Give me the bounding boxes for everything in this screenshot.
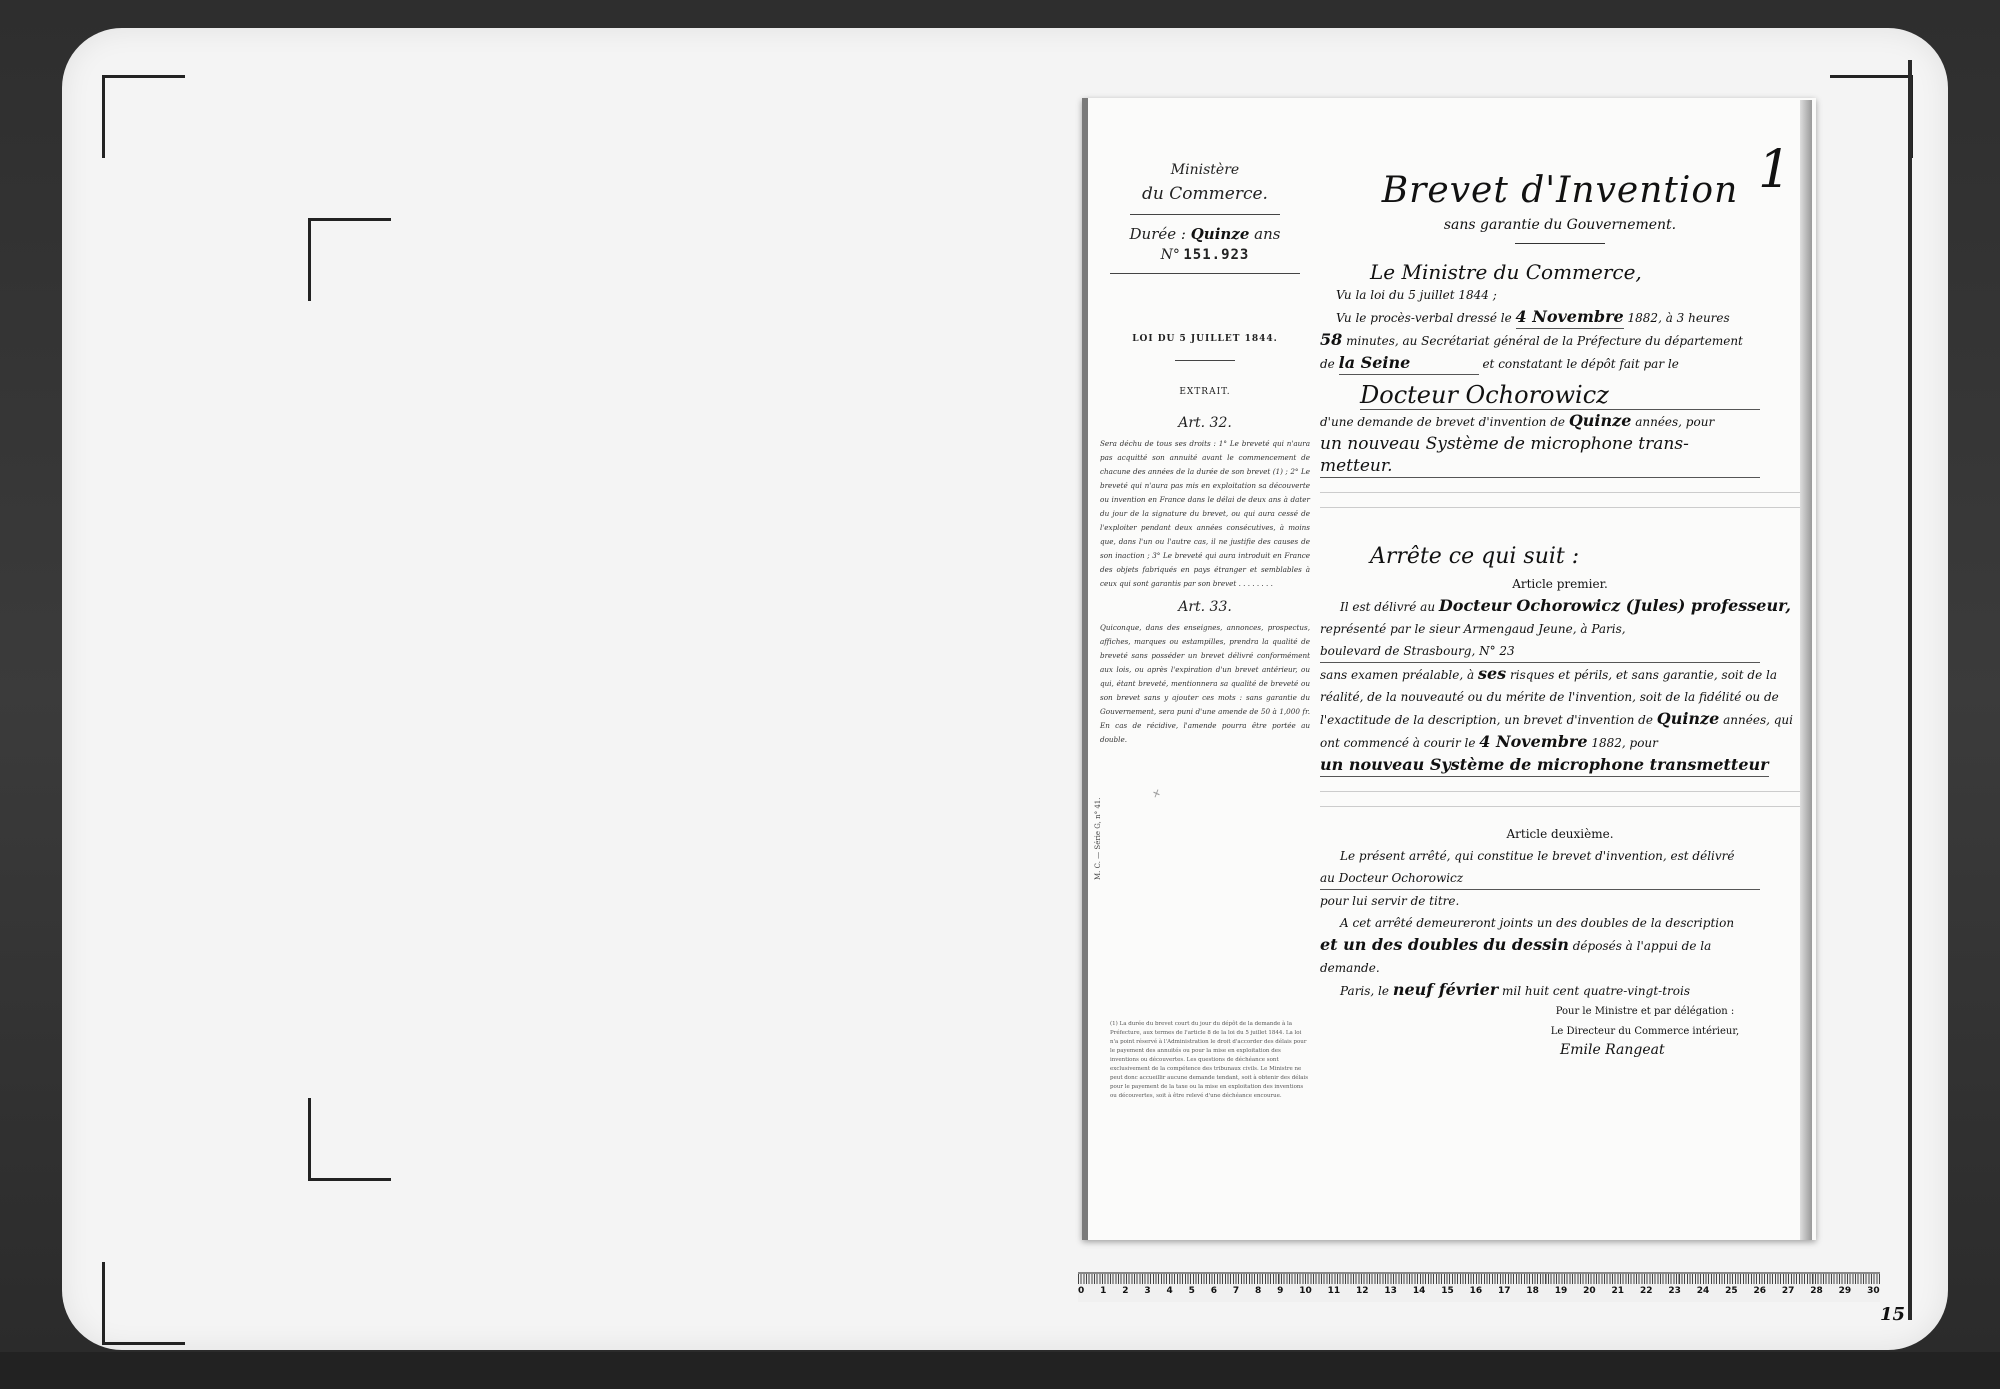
ruler-code: 15 — [1880, 1304, 1905, 1325]
art2-grantee: au Docteur Ochorowicz — [1320, 867, 1760, 890]
crop-mark-top-left — [102, 75, 185, 158]
article-33-title: Art. 33. — [1100, 599, 1310, 615]
document-subtitle: sans garantie du Gouvernement. — [1320, 217, 1800, 233]
signatory-line1: Pour le Ministre et par délégation : — [1490, 1002, 1800, 1022]
signature: Emile Rangeat — [1560, 1042, 1800, 1058]
date-line: Paris, le neuf février mil huit cent qua… — [1340, 979, 1800, 1002]
ruler-labels: 0123456789101112131415161718192021222324… — [1078, 1286, 1880, 1296]
divider — [1130, 214, 1280, 215]
ruler-ticks — [1078, 1274, 1880, 1284]
vu-loi: Vu la loi du 5 juillet 1844 ; — [1336, 284, 1800, 306]
extrait-heading: EXTRAIT. — [1100, 387, 1310, 397]
vu-proces-verbal: Vu le procès-verbal dressé le 4 Novembre… — [1336, 306, 1800, 329]
patent-number: 151.923 — [1183, 247, 1249, 263]
article-1-title: Article premier. — [1320, 577, 1800, 591]
crop-mark-inner-bottom — [308, 1098, 391, 1181]
signatory-line2: Le Directeur du Commerce intérieur, — [1490, 1022, 1800, 1042]
left-column: Ministère du Commerce. Durée : Quinze an… — [1100, 160, 1310, 747]
blank-line — [1320, 806, 1800, 807]
art2-line1: Le présent arrêté, qui constitue le brev… — [1340, 845, 1800, 867]
divider — [1515, 243, 1605, 244]
department-line: de la Seine et constatant le dépôt fait … — [1320, 352, 1800, 375]
ministry-line2: du Commerce. — [1100, 184, 1310, 204]
duree-value: Quinze — [1191, 225, 1250, 243]
art2-line4: A cet arrêté demeureront joints un des d… — [1340, 912, 1800, 934]
invention-line2: metteur. — [1320, 455, 1760, 478]
divider — [1175, 360, 1235, 361]
art1-body: sans examen préalable, à ses risques et … — [1320, 663, 1800, 777]
duree-label: Durée : — [1130, 225, 1186, 243]
form-series: M. C. — Série G, n° 41. — [1094, 798, 1102, 880]
law-title: LOI DU 5 JUILLET 1844. — [1100, 334, 1310, 344]
minister-heading: Le Ministre du Commerce, — [1370, 260, 1800, 284]
footnote: (1) La durée du brevet court du jour du … — [1110, 1020, 1310, 1101]
crop-mark-bottom-left — [102, 1262, 185, 1345]
arrete-heading: Arrête ce qui suit : — [1370, 544, 1800, 569]
art2-line5: et un des doubles du dessin déposés à l'… — [1320, 934, 1800, 957]
article-32-text: Sera déchu de tous ses droits : 1° Le br… — [1100, 437, 1310, 591]
art2-line3: pour lui servir de titre. — [1320, 890, 1800, 912]
main-column: Brevet d'Invention sans garantie du Gouv… — [1320, 170, 1800, 1058]
frame-edge — [1908, 60, 1912, 1320]
pv-minutes-line: 58 minutes, au Secrétariat général de la… — [1320, 329, 1800, 352]
demande-line: d'une demande de brevet d'invention de Q… — [1320, 410, 1800, 433]
divider — [1110, 273, 1300, 274]
scan-bottom-border — [0, 1352, 2000, 1389]
document-edge-shadow — [1800, 100, 1812, 1240]
invention-line1: un nouveau Système de microphone trans- — [1320, 433, 1800, 455]
art1-address: boulevard de Strasbourg, N° 23 — [1320, 640, 1760, 663]
duree-field: Durée : Quinze ans — [1100, 225, 1310, 243]
applicant-name: Docteur Ochorowicz — [1360, 381, 1760, 410]
art2-line6: demande. — [1320, 957, 1800, 979]
blank-line — [1320, 507, 1800, 508]
pv-date: 4 Novembre — [1516, 306, 1624, 329]
document-title: Brevet d'Invention — [1320, 170, 1800, 211]
crop-mark-inner-top — [308, 218, 391, 301]
measurement-ruler: 0123456789101112131415161718192021222324… — [1078, 1272, 1880, 1302]
article-32-title: Art. 32. — [1100, 415, 1310, 431]
crop-mark-top-right — [1830, 75, 1913, 158]
numero-label: N° — [1161, 247, 1180, 263]
duree-unit: ans — [1254, 225, 1280, 243]
art1-grantee: Il est délivré au Docteur Ochorowicz (Ju… — [1340, 595, 1800, 618]
blank-line — [1320, 492, 1800, 493]
numero-field: N° 151.923 — [1100, 247, 1310, 263]
ministry-line1: Ministère — [1100, 160, 1310, 180]
blank-line — [1320, 791, 1800, 792]
article-2-title: Article deuxième. — [1320, 827, 1800, 841]
article-33-text: Quiconque, dans des enseignes, annonces,… — [1100, 621, 1310, 747]
department-value: la Seine — [1339, 352, 1479, 375]
art1-representative: représenté par le sieur Armengaud Jeune,… — [1320, 618, 1800, 640]
